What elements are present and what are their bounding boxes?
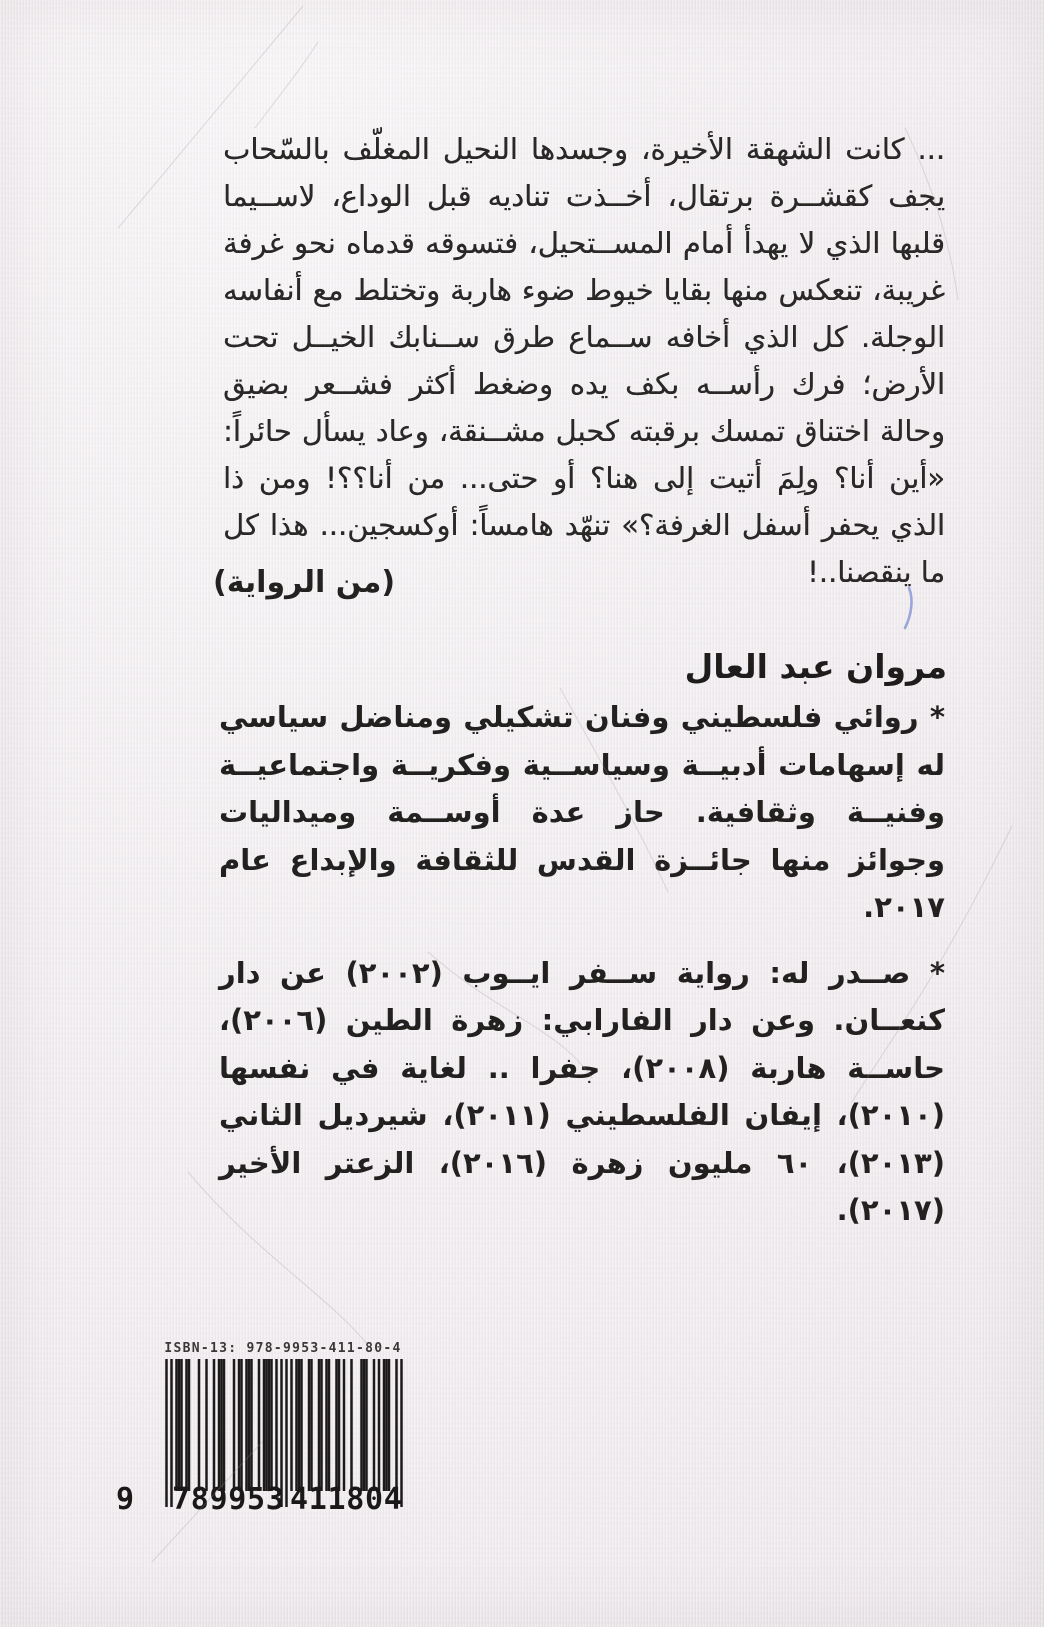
author-name-heading: مروان عبد العال [685, 644, 947, 690]
barcode-first-digit: 9 [116, 1482, 134, 1518]
barcode-right-digits: 411804 [290, 1482, 403, 1518]
isbn-barcode-block: ISBN-13: 978-9953-411-80-4 9 789953 4118… [116, 1341, 416, 1531]
book-back-cover: ... كانت الشهقة الأخيرة، وجسدها النحيل ا… [0, 0, 1044, 1627]
isbn-label: ISBN-13: 978-9953-411-80-4 [162, 1341, 404, 1356]
author-bio-paragraph-1: * روائي فلسطيني وفنان تشكيلي ومناضل سياس… [219, 694, 945, 932]
author-bio-paragraph-2: * صــدر له: رواية ســفر ايــوب (٢٠٠٢) عن… [219, 950, 945, 1235]
barcode-left-digits: 789953 [172, 1482, 285, 1518]
author-bio-section: * روائي فلسطيني وفنان تشكيلي ومناضل سياس… [219, 694, 945, 1253]
novel-excerpt-text: ... كانت الشهقة الأخيرة، وجسدها النحيل ا… [223, 126, 945, 596]
excerpt-attribution: (من الرواية) [213, 561, 395, 605]
